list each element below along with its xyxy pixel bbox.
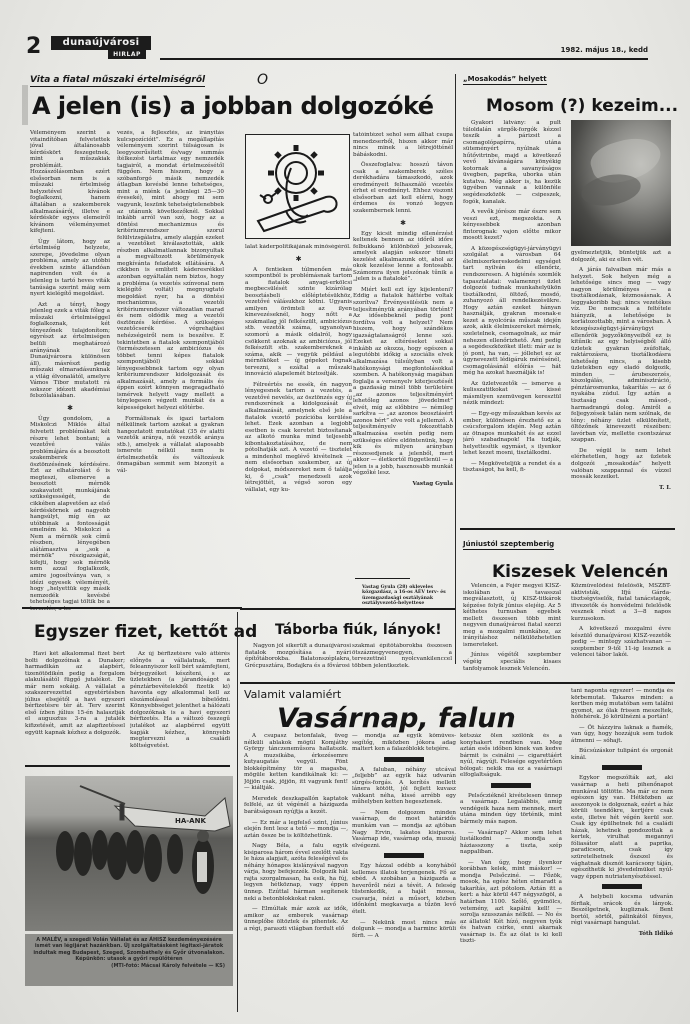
newspaper-logo-sub: HIRLAP <box>108 50 146 59</box>
author-bio: Vastag Gyula (28) okleveles közgazdász, … <box>362 585 452 607</box>
section-star: ✱ <box>353 219 453 228</box>
taborba-bottom-rule <box>240 682 458 684</box>
main-article-col-1: Véleményem szerint a vitaindítóban felve… <box>30 130 110 656</box>
masthead-rule <box>160 58 648 60</box>
issue-date: 1982. május 18., kedd <box>561 46 648 54</box>
newspaper-logo: dunaújvárosi <box>51 36 151 50</box>
airplane-people-photo: HA-ANK <box>25 776 233 931</box>
section-star: ✱ <box>30 404 110 413</box>
newspaper-page: 2 dunaújvárosi HIRLAP 1982. május 18., k… <box>0 0 690 1024</box>
hands-washing-photo <box>571 120 671 246</box>
mosom-headline: Mosom (?) kezeim... <box>486 96 678 116</box>
taborba-col-2: szakmai építőtáborokba összesen ötszázme… <box>352 643 452 673</box>
photo-caption-text: A MALÉV, a szegedi Volán Vállalat és az … <box>33 937 225 963</box>
section-bar <box>602 884 642 889</box>
main-article-col-4: tatóintézet sehol sem állhat csupa mened… <box>353 132 453 572</box>
section-bar <box>384 853 424 858</box>
photo-caption: A MALÉV, a szegedi Volán Vállalat és az … <box>25 934 233 986</box>
photo-credit: (MTI-fotó: Mácsai Károly felvétele — KS) <box>33 963 225 969</box>
page-number: 2 <box>26 36 41 58</box>
vasarnap-headline: Vasárnap, falun <box>277 703 516 734</box>
section-star: ✱ <box>245 255 352 264</box>
kiszesek-headline: Kiszesek Velencén <box>492 562 668 582</box>
mosom-kicker: „Mosakodás” helyett <box>463 75 547 85</box>
article-author: Vastag Gyula <box>353 481 453 488</box>
article-kicker: Vita a fiatal műszaki értelmiségről <box>30 75 205 87</box>
main-article-col-3: lalat káderpolitikájának minőségéről. ✱ … <box>245 244 352 656</box>
gear-icon <box>246 135 348 237</box>
left-margin-shadow <box>22 85 28 125</box>
kiszesek-col-2: Közművelődési felelősök, MSZBT-aktivistá… <box>571 583 671 678</box>
vasarnap-col-4: tani naponta egyszer! — mondja és körbem… <box>571 688 673 1018</box>
section-bar <box>602 765 642 770</box>
vasarnap-kicker: Valamit valamiért <box>244 688 341 701</box>
mosom-col-2: gyelmeztetjük, büntetjük azt a dolgozót,… <box>571 250 671 555</box>
egyszer-photo-rule <box>25 765 230 767</box>
vasarnap-author: Tóth Ildikó <box>571 931 673 938</box>
mosom-author: T. I. <box>571 485 671 492</box>
kiszesek-col-1: Velencén, a Fejér megyei KISZ-iskolában … <box>463 583 561 678</box>
handwritten-mark: O <box>257 72 268 88</box>
column-divider-lower <box>237 612 238 1012</box>
section-rule-left <box>22 607 242 609</box>
section-rule-mid <box>240 608 455 610</box>
kiszesek-kicker: Júniustól szeptemberig <box>463 540 554 550</box>
main-article-col-2: vezés, a fejlesztés, az irányítás kulcsp… <box>117 130 224 656</box>
egyszer-headline: Egyszer fizet, kettőt ad <box>34 622 257 642</box>
mosom-bottom-rule <box>460 528 675 530</box>
author-rule <box>355 578 410 579</box>
vasarnap-col-2: — mondja az egyik kőműves-segítőg, miköz… <box>352 733 456 1015</box>
section-bar <box>491 783 531 788</box>
svg-text:HA-ANK: HA-ANK <box>175 817 206 825</box>
vasarnap-col-1: A csupasz betonfalak, üveg nélküli ablak… <box>244 733 348 1015</box>
taborba-headline: Táborba fiúk, lányok! <box>275 622 442 638</box>
section-rule-right <box>458 682 675 684</box>
section-bar <box>384 757 424 762</box>
vasarnap-col-3: kétszáz ölen szőlőnk és a konyhakert ren… <box>460 733 562 1015</box>
egyszer-col-2: Az új bérfizetésre való áttérés előnyös … <box>130 651 230 761</box>
mosom-col-1: Gyakori látvány: a pult túloldalán sürgő… <box>463 120 561 538</box>
gear-hand-illustration <box>245 134 350 239</box>
egyszer-col-1: Havi két alkalommal fizet bért bolti dol… <box>25 651 125 761</box>
column-divider <box>455 74 456 664</box>
article-headline: A jelen (is) a jobban dolgozóké <box>32 92 434 120</box>
airplane-icon: HA-ANK <box>25 776 233 931</box>
taborba-col-1: Nagyon jól sikerült a dunaújvárosi fiata… <box>245 643 351 673</box>
